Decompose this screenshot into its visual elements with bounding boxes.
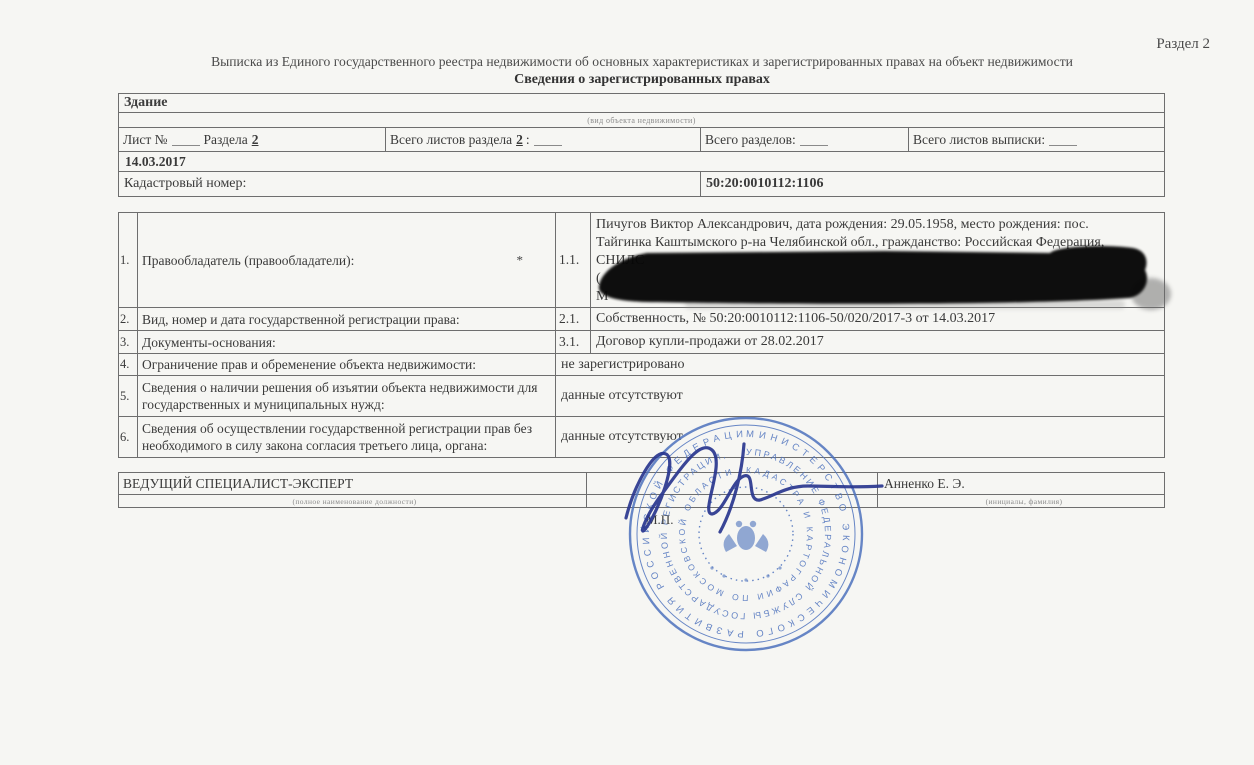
total-section-sheets-value: 2 xyxy=(516,132,523,148)
table-row-registration: 2. Вид, номер и дата государственной рег… xyxy=(119,307,1164,330)
footnote-asterisk: * xyxy=(517,252,524,269)
rightholder-line-5-fragment: М xyxy=(596,288,1159,306)
signature-caption-row: (полное наименование должности) (инициал… xyxy=(119,494,1164,507)
row-value: не зарегистрировано xyxy=(556,354,1164,375)
rights-table: 1. Правообладатель (правообладатели): * … xyxy=(118,212,1165,458)
document-title: Выписка из Единого государственного реес… xyxy=(30,54,1254,70)
table-row-third-party-consent: 6. Сведения об осуществлении государстве… xyxy=(119,416,1164,457)
row-number: 6. xyxy=(119,417,138,457)
total-section-sheets-colon: : xyxy=(526,132,530,148)
row-label: Ограничение прав и обременение объекта н… xyxy=(138,354,556,375)
row-label: Вид, номер и дата государственной регист… xyxy=(138,308,556,330)
sheet-no-label: Лист № xyxy=(123,132,168,148)
total-extract-sheets-cell: Всего листов выписки: xyxy=(908,128,1164,151)
table-row-seizure: 5. Сведения о наличии решения об изъятии… xyxy=(119,375,1164,416)
seal-mark-label: М.П. xyxy=(646,512,673,528)
rightholder-line-2: Тайгинка Каштымского р-на Челябинской об… xyxy=(596,234,1159,252)
sheet-no-blank xyxy=(172,134,200,146)
signature-table: ВЕДУЩИЙ СПЕЦИАЛИСТ-ЭКСПЕРТ Анненко Е. Э.… xyxy=(118,472,1165,508)
position-caption: (полное наименование должности) xyxy=(119,495,586,507)
rightholder-line-4-fragment: ( xyxy=(596,270,1159,288)
table-row-documents: 3. Документы-основания: 3.1. Договор куп… xyxy=(119,330,1164,353)
stamp-center-emblem xyxy=(710,521,781,582)
row-label: Сведения об осуществлении государственно… xyxy=(138,417,556,457)
section-of-value: 2 xyxy=(252,132,259,148)
row-subnumber: 3.1. xyxy=(556,331,591,353)
total-sections-label: Всего разделов: xyxy=(705,132,796,148)
signature-cell xyxy=(586,473,877,494)
total-sections-blank xyxy=(800,134,828,146)
total-section-sheets-blank xyxy=(534,134,562,146)
row-value: Договор купли-продажи от 28.02.2017 xyxy=(591,331,1164,353)
section-of-label: Раздела xyxy=(204,132,248,148)
row-subnumber: 1.1. xyxy=(556,213,591,307)
total-section-sheets-cell: Всего листов раздела 2 : xyxy=(385,128,700,151)
date-row: 14.03.2017 xyxy=(119,151,1164,171)
signatory-name: Анненко Е. Э. xyxy=(877,473,1164,494)
table-row-rightholder: 1. Правообладатель (правообладатели): * … xyxy=(119,213,1164,307)
row-value: данные отсутствуют xyxy=(556,417,1164,457)
signature-main-row: ВЕДУЩИЙ СПЕЦИАЛИСТ-ЭКСПЕРТ Анненко Е. Э. xyxy=(119,473,1164,494)
row-value: данные отсутствуют xyxy=(556,376,1164,416)
row-label: Документы-основания: xyxy=(138,331,556,353)
total-extract-sheets-blank xyxy=(1049,134,1077,146)
rightholder-line-3-fragment: СНИЛС xyxy=(596,252,1159,270)
object-type-row: Здание xyxy=(119,94,1164,112)
object-type-caption: (вид объекта недвижимости) xyxy=(119,113,1164,127)
rightholder-value-cell: Пичугов Виктор Александрович, дата рожде… xyxy=(591,213,1164,307)
total-sections-cell: Всего разделов: xyxy=(700,128,908,151)
total-section-sheets-label: Всего листов раздела xyxy=(390,132,512,148)
row-label-cell: Правообладатель (правообладатели): * xyxy=(138,213,556,307)
row-label: Правообладатель (правообладатели): xyxy=(142,252,354,269)
egrn-extract-page: Раздел 2 Выписка из Единого государствен… xyxy=(0,0,1254,765)
sheet-info-row: Лист № Раздела 2 Всего листов раздела 2 … xyxy=(119,127,1164,151)
row-subnumber: 2.1. xyxy=(556,308,591,330)
extract-date: 14.03.2017 xyxy=(119,152,1164,171)
cadastral-number-label: Кадастровый номер: xyxy=(119,172,700,196)
row-label: Сведения о наличии решения об изъятии об… xyxy=(138,376,556,416)
row-number: 5. xyxy=(119,376,138,416)
section-label: Раздел 2 xyxy=(1156,36,1210,53)
row-number: 1. xyxy=(119,213,138,307)
row-number: 3. xyxy=(119,331,138,353)
cadastral-row: Кадастровый номер: 50:20:0010112:1106 xyxy=(119,171,1164,196)
sheet-number-cell: Лист № Раздела 2 xyxy=(119,128,385,151)
rightholder-line-1: Пичугов Виктор Александрович, дата рожде… xyxy=(596,216,1159,234)
name-caption: (инициалы, фамилия) xyxy=(877,495,1164,507)
document-subtitle: Сведения о зарегистрированных правах xyxy=(30,72,1254,88)
row-value: Собственность, № 50:20:0010112:1106-50/0… xyxy=(591,308,1164,330)
total-extract-sheets-label: Всего листов выписки: xyxy=(913,132,1045,148)
header-table: Здание (вид объекта недвижимости) Лист №… xyxy=(118,93,1165,197)
object-type: Здание xyxy=(119,94,1164,112)
table-row-restrictions: 4. Ограничение прав и обременение объект… xyxy=(119,353,1164,375)
signature-caption-spacer xyxy=(586,495,877,507)
row-number: 4. xyxy=(119,354,138,375)
position-title: ВЕДУЩИЙ СПЕЦИАЛИСТ-ЭКСПЕРТ xyxy=(119,473,586,494)
cadastral-number-value: 50:20:0010112:1106 xyxy=(700,172,1164,196)
row-number: 2. xyxy=(119,308,138,330)
object-type-caption-row: (вид объекта недвижимости) xyxy=(119,112,1164,127)
